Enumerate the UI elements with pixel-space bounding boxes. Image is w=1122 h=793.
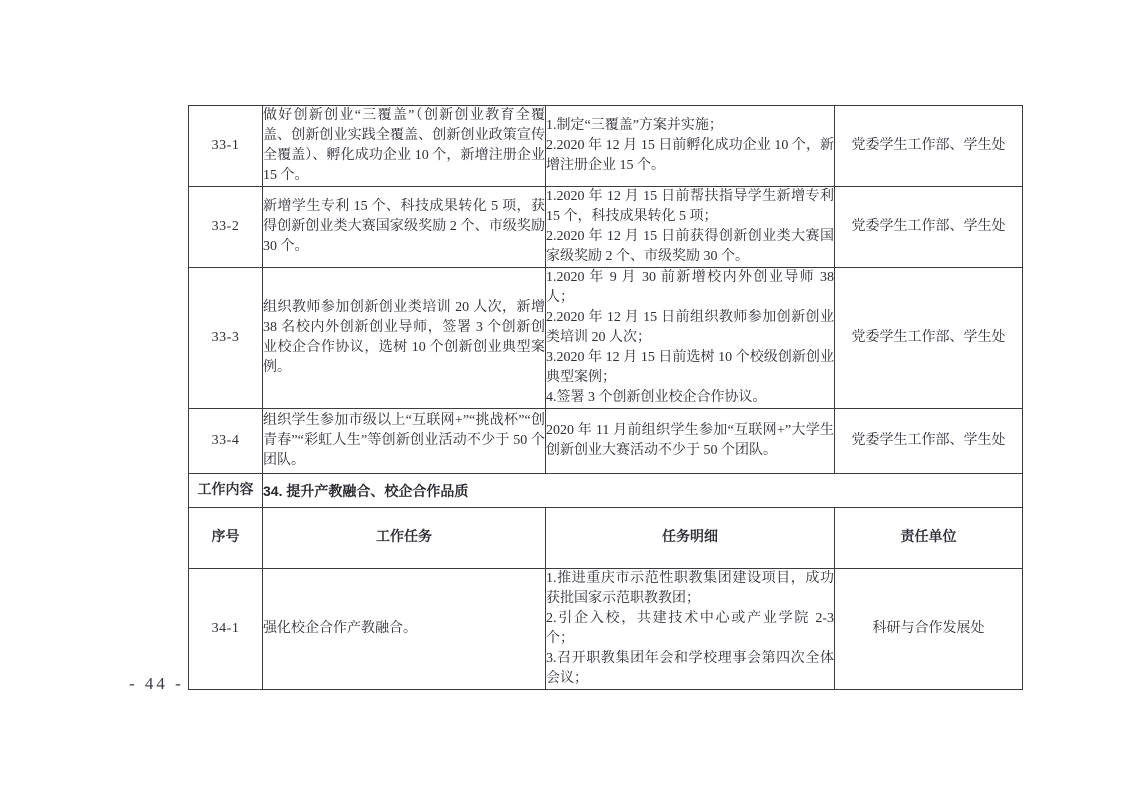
section-label: 工作内容 xyxy=(189,474,263,508)
section-title: 34. 提升产教融合、校企合作品质 xyxy=(263,474,1023,508)
unit-cell: 党委学生工作部、学生处 xyxy=(835,268,1023,409)
column-header-unit: 责任单位 xyxy=(835,508,1023,569)
detail-cell: 1.2020 年 12 月 15 日前帮扶指导学生新增专利 15 个，科技成果转… xyxy=(546,187,835,268)
table-row-33-3: 33-3 组织教师参加创新创业类培训 20 人次，新增 38 名校内外创新创业导… xyxy=(189,268,1023,409)
detail-line: 4.签署 3 个创新创业校企合作协议。 xyxy=(546,388,834,408)
detail-line: 3.2020 年 12 月 15 日前选树 10 个校级创新创业典型案例； xyxy=(546,348,834,388)
unit-cell: 党委学生工作部、学生处 xyxy=(835,187,1023,268)
detail-cell: 1.推进重庆市示范性职教集团建设项目，成功获批国家示范职教教团； 2.引企入校，… xyxy=(546,569,835,690)
unit-cell: 党委学生工作部、学生处 xyxy=(835,106,1023,187)
work-plan-table: 33-1 做好创新创业“三覆盖”（创新创业教育全覆盖、创新创业实践全覆盖、创新创… xyxy=(188,105,1023,690)
detail-line: 1.2020 年 9 月 30 前新增校内外创业导师 38 人； xyxy=(546,268,834,308)
detail-line: 1.制定“三覆盖”方案并实施； xyxy=(546,116,834,136)
detail-cell: 2020 年 11 月前组织学生参加“互联网+”大学生创新创业大赛活动不少于 5… xyxy=(546,409,835,474)
column-header-task: 工作任务 xyxy=(263,508,546,569)
detail-line: 1.推进重庆市示范性职教集团建设项目，成功获批国家示范职教教团； xyxy=(546,569,834,609)
page-number: - 44 - xyxy=(129,674,184,694)
detail-line: 2020 年 11 月前组织学生参加“互联网+”大学生创新创业大赛活动不少于 5… xyxy=(546,421,834,461)
table-row-33-4: 33-4 组织学生参加市级以上“互联网+”“挑战杯”“创青春”“彩虹人生”等创新… xyxy=(189,409,1023,474)
table-row-33-1: 33-1 做好创新创业“三覆盖”（创新创业教育全覆盖、创新创业实践全覆盖、创新创… xyxy=(189,106,1023,187)
detail-line: 2.2020 年 12 月 15 日前组织教师参加创新创业类培训 20 人次； xyxy=(546,308,834,348)
column-header-detail: 任务明细 xyxy=(546,508,835,569)
task-cell: 做好创新创业“三覆盖”（创新创业教育全覆盖、创新创业实践全覆盖、创新创业政策宣传… xyxy=(263,106,546,187)
row-id: 34-1 xyxy=(189,569,263,690)
detail-line: 2.引企入校，共建技术中心或产业学院 2-3 个； xyxy=(546,609,834,649)
detail-line: 2.2020 年 12 月 15 日前孵化成功企业 10 个，新增注册企业 15… xyxy=(546,136,834,176)
detail-line: 3.召开职教集团年会和学校理事会第四次全体会议； xyxy=(546,649,834,689)
task-cell: 新增学生专利 15 个、科技成果转化 5 项，获得创新创业类大赛国家级奖励 2 … xyxy=(263,187,546,268)
row-id: 33-3 xyxy=(189,268,263,409)
unit-cell: 党委学生工作部、学生处 xyxy=(835,409,1023,474)
column-header-id: 序号 xyxy=(189,508,263,569)
unit-cell: 科研与合作发展处 xyxy=(835,569,1023,690)
row-id: 33-1 xyxy=(189,106,263,187)
column-header-row: 序号 工作任务 任务明细 责任单位 xyxy=(189,508,1023,569)
table-row-34-1: 34-1 强化校企合作产教融合。 1.推进重庆市示范性职教集团建设项目，成功获批… xyxy=(189,569,1023,690)
table-row-33-2: 33-2 新增学生专利 15 个、科技成果转化 5 项，获得创新创业类大赛国家级… xyxy=(189,187,1023,268)
task-cell: 强化校企合作产教融合。 xyxy=(263,569,546,690)
task-cell: 组织教师参加创新创业类培训 20 人次，新增 38 名校内外创新创业导师，签署 … xyxy=(263,268,546,409)
section-header-row: 工作内容 34. 提升产教融合、校企合作品质 xyxy=(189,474,1023,508)
task-cell: 组织学生参加市级以上“互联网+”“挑战杯”“创青春”“彩虹人生”等创新创业活动不… xyxy=(263,409,546,474)
detail-line: 2.2020 年 12 月 15 日前获得创新创业类大赛国家级奖励 2 个、市级… xyxy=(546,227,834,267)
row-id: 33-4 xyxy=(189,409,263,474)
detail-cell: 1.2020 年 9 月 30 前新增校内外创业导师 38 人； 2.2020 … xyxy=(546,268,835,409)
detail-line: 1.2020 年 12 月 15 日前帮扶指导学生新增专利 15 个，科技成果转… xyxy=(546,187,834,227)
detail-cell: 1.制定“三覆盖”方案并实施； 2.2020 年 12 月 15 日前孵化成功企… xyxy=(546,106,835,187)
row-id: 33-2 xyxy=(189,187,263,268)
